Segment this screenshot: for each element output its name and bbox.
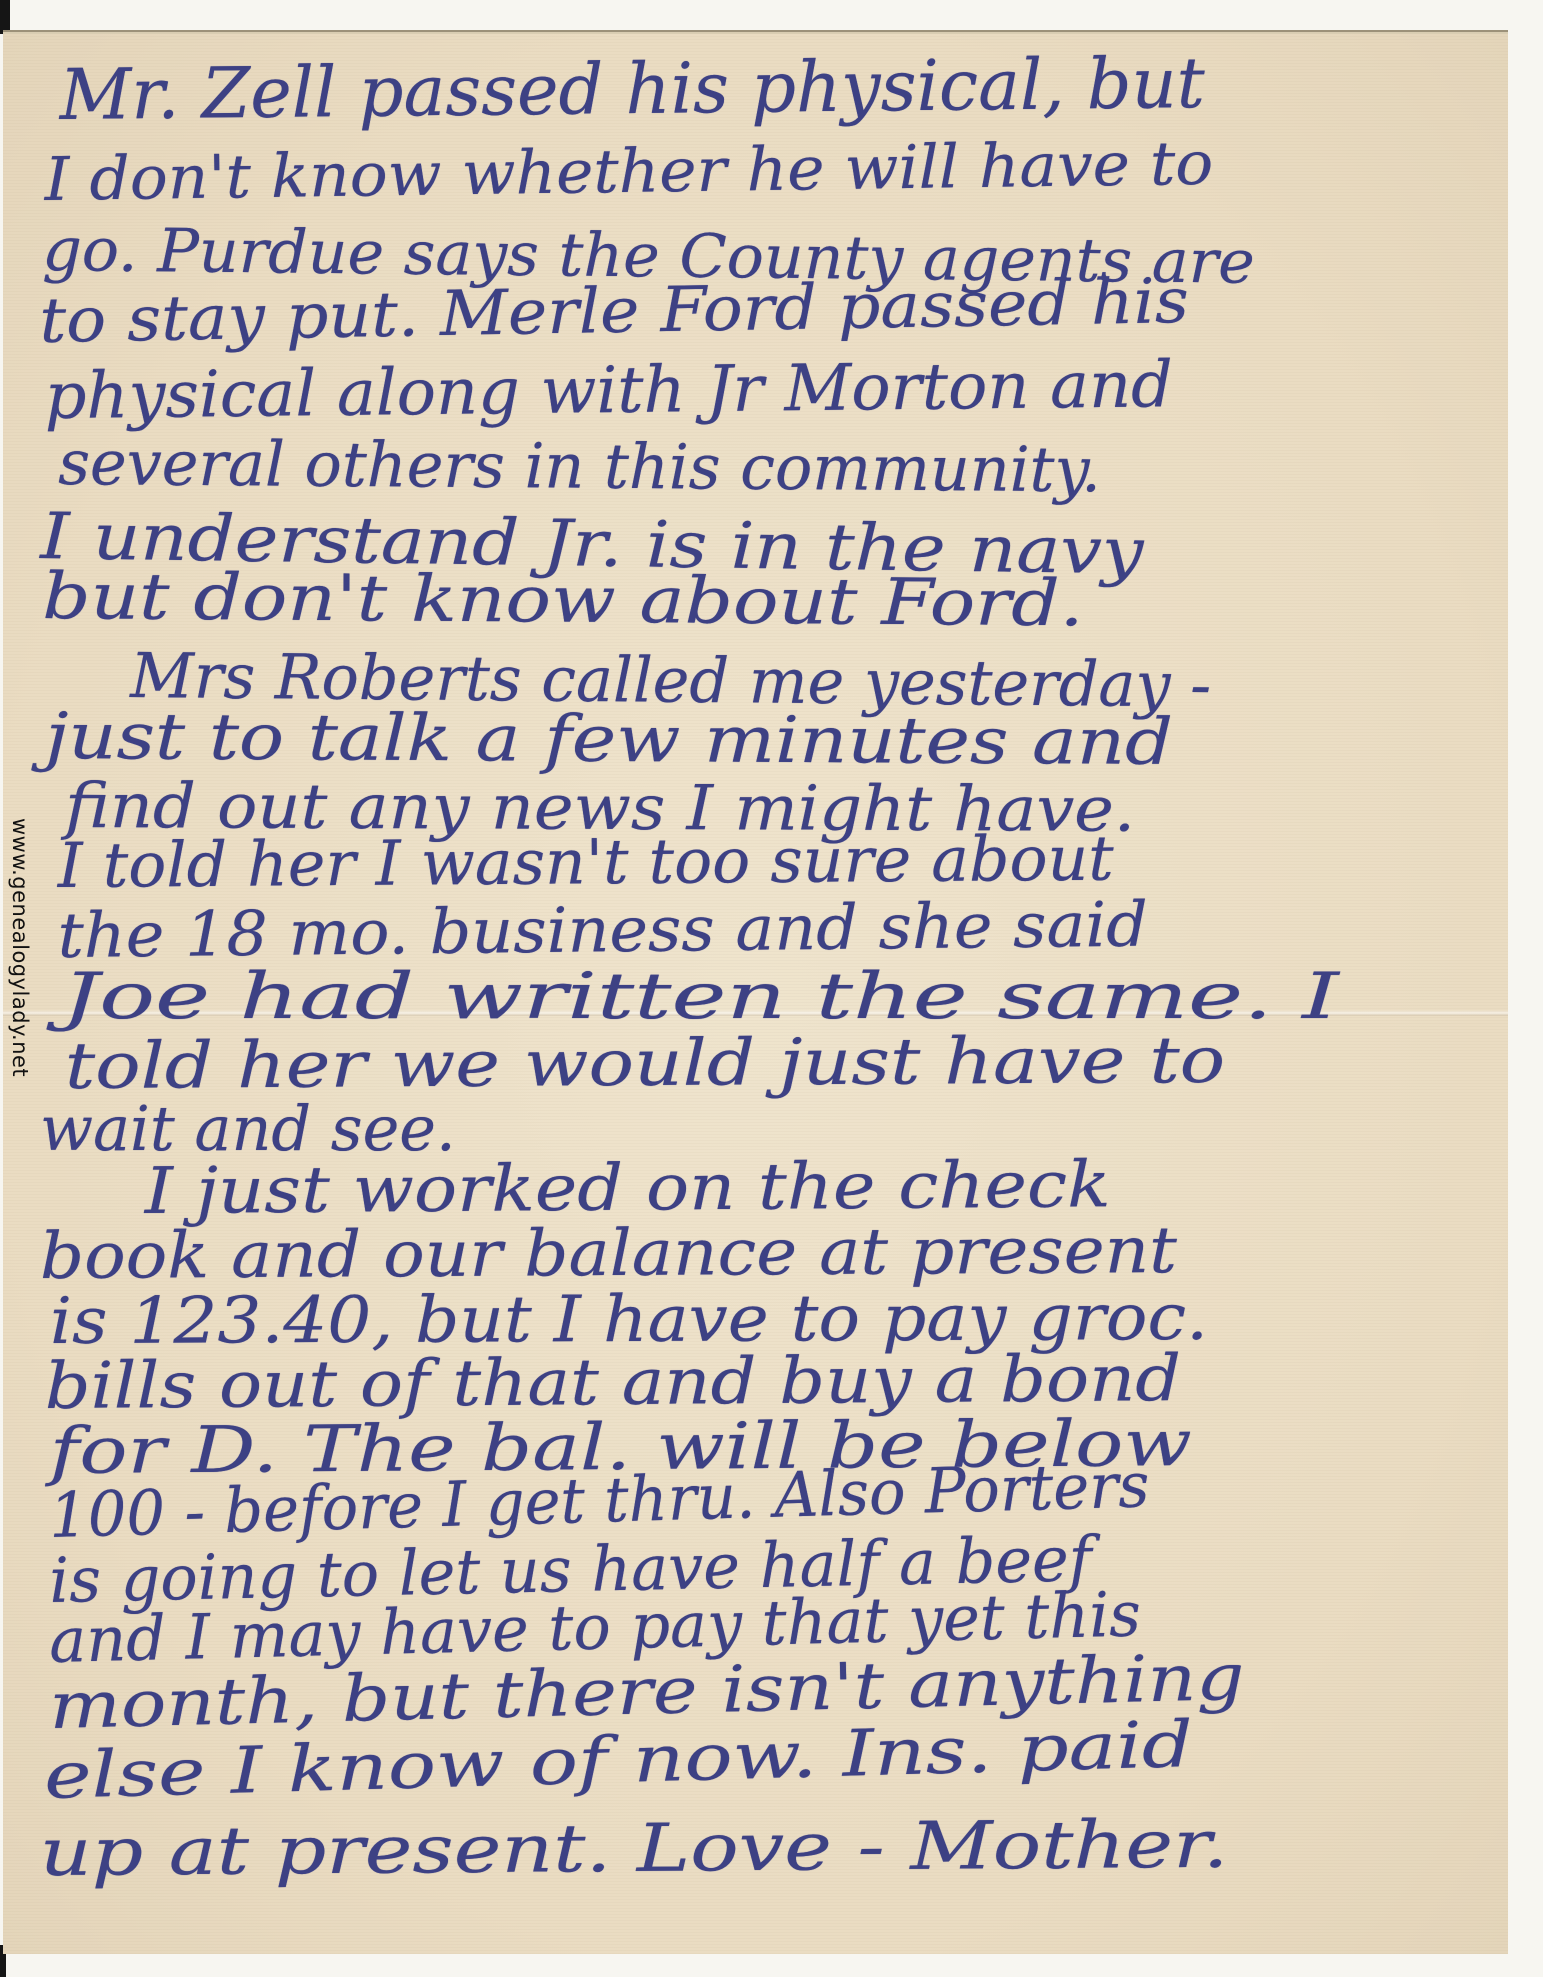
watermark-text: www.genealogylady.net [6, 818, 32, 1158]
letter-line: Joe had written the same. I [62, 965, 1339, 1029]
letter-line: up at present. Love - Mother. [40, 1812, 1229, 1886]
letter-line: I told her I wasn't too sure about [58, 828, 1114, 897]
letter-line: the 18 mo. business and she said [57, 894, 1148, 967]
scan-edge-left [0, 0, 10, 34]
letter-line: physical along with Jr Morton and [44, 353, 1173, 429]
letter-line: just to talk a few minutes and [45, 705, 1173, 775]
letter-line: book and our balance at present [40, 1219, 1177, 1289]
letter-line: wait and see. [40, 1098, 456, 1160]
letter-line: several others in this community. [58, 432, 1101, 501]
letter-line: but don't know about Ford. [42, 565, 1084, 636]
letter-line: told her we would just have to [65, 1029, 1226, 1099]
letter-line: I don't know whether he will have to [44, 134, 1213, 210]
letter-line: I just worked on the check [145, 1153, 1111, 1224]
letter-line: to stay put. Merle Ford passed his [39, 270, 1189, 352]
letter-line: Mr. Zell passed his physical, but [59, 48, 1205, 130]
